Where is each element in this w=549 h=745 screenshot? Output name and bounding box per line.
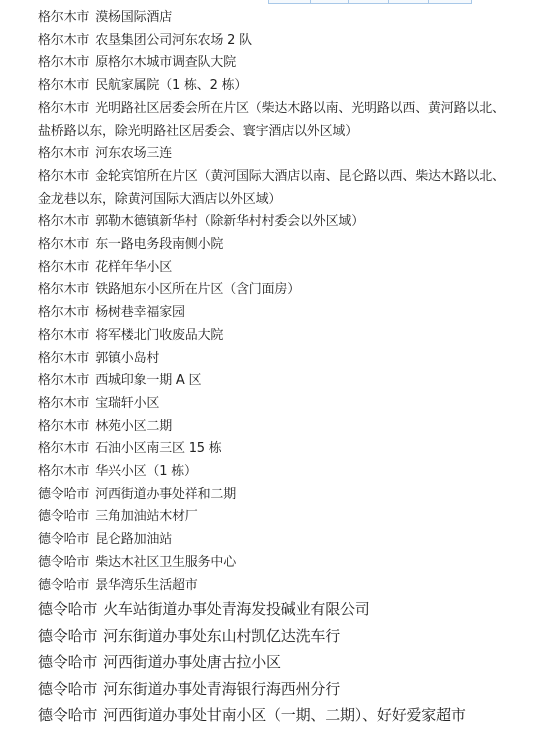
place-name: 花样年华小区 — [95, 260, 172, 275]
list-item: 格尔木市漠杨国际酒店 — [38, 7, 518, 30]
city-name: 格尔木市 — [38, 78, 89, 93]
city-name: 格尔木市 — [38, 214, 89, 229]
place-name: 火车站街道办事处青海发投碱业有限公司 — [103, 600, 369, 618]
city-name: 格尔木市 — [38, 373, 89, 388]
list-item: 格尔木市林苑小区二期 — [38, 416, 518, 439]
city-name: 格尔木市 — [38, 169, 89, 184]
list-item: 格尔木市郭镇小岛村 — [38, 348, 518, 371]
place-name: 景华湾乐生活超市 — [95, 578, 197, 593]
city-name: 格尔木市 — [38, 101, 89, 116]
place-name: 河东街道办事处青海银行海西州分行 — [103, 680, 340, 698]
city-name: 格尔木市 — [38, 55, 89, 70]
list-item: 格尔木市宝瑞轩小区 — [38, 393, 518, 416]
city-name: 格尔木市 — [38, 351, 89, 366]
city-name: 德令哈市 — [38, 627, 97, 645]
city-name: 德令哈市 — [38, 600, 97, 618]
list-item: 格尔木市杨树巷幸福家园 — [38, 302, 518, 325]
city-name: 德令哈市 — [38, 653, 97, 671]
city-name: 德令哈市 — [38, 578, 89, 593]
list-item: 德令哈市柴达木社区卫生服务中心 — [38, 552, 518, 575]
city-name: 格尔木市 — [38, 305, 89, 320]
place-name: 东一路电务段南侧小院 — [95, 237, 223, 252]
city-name: 格尔木市 — [38, 328, 89, 343]
place-name: 漠杨国际酒店 — [95, 10, 172, 25]
list-item: 德令哈市河东街道办事处青海银行海西州分行 — [38, 676, 538, 703]
list-item: 格尔木市原格尔木城市调查队大院 — [38, 52, 518, 75]
table-cell — [389, 0, 429, 3]
list-item: 格尔木市郭勒木德镇新华村（除新华村村委会以外区域） — [38, 211, 518, 234]
city-name: 格尔木市 — [38, 146, 89, 161]
table-cell — [429, 0, 471, 3]
city-name: 格尔木市 — [38, 441, 89, 456]
list-item: 格尔木市金轮宾馆所在片区（黄河国际大酒店以南、昆仑路以西、柴达木路以北、金龙巷以… — [38, 166, 508, 211]
place-name: 河东街道办事处东山村凯亿达洗车行 — [103, 627, 340, 645]
list-item: 格尔木市石油小区南三区 15 栋 — [38, 438, 518, 461]
city-name: 格尔木市 — [38, 464, 89, 479]
place-name: 郭镇小岛村 — [95, 351, 159, 366]
list-item: 德令哈市三角加油站木材厂 — [38, 506, 518, 529]
city-name: 德令哈市 — [38, 706, 97, 724]
place-name: 西城印象一期 A 区 — [95, 373, 201, 388]
place-name: 柴达木社区卫生服务中心 — [95, 555, 236, 570]
place-name: 铁路旭东小区所在片区（含门面房） — [95, 282, 300, 297]
place-name: 杨树巷幸福家园 — [95, 305, 185, 320]
list-item: 格尔木市华兴小区（1 栋） — [38, 461, 518, 484]
list-item: 德令哈市河西街道办事处甘南小区（一期、二期）、好好爱家超市 — [38, 702, 538, 729]
table-cell — [349, 0, 389, 3]
list-item: 德令哈市昆仑路加油站 — [38, 529, 518, 552]
list-item: 格尔木市将军楼北门收废品大院 — [38, 325, 518, 348]
city-name: 格尔木市 — [38, 282, 89, 297]
list-item: 德令哈市河西街道办事处唐古拉小区 — [38, 649, 538, 676]
list-item: 格尔木市农垦集团公司河东农场 2 队 — [38, 30, 518, 53]
place-name: 河东农场三连 — [95, 146, 172, 161]
list-item: 格尔木市铁路旭东小区所在片区（含门面房） — [38, 279, 518, 302]
place-name: 原格尔木城市调查队大院 — [95, 55, 236, 70]
place-name: 三角加油站木材厂 — [95, 509, 197, 524]
city-name: 德令哈市 — [38, 532, 89, 547]
place-name: 石油小区南三区 15 栋 — [95, 441, 221, 456]
location-list: 格尔木市漠杨国际酒店 格尔木市农垦集团公司河东农场 2 队 格尔木市原格尔木城市… — [38, 7, 518, 597]
place-name: 光明路社区居委会所在片区（柴达木路以南、光明路以西、黄河路以北、盐桥路以东，除光… — [38, 101, 505, 139]
place-name: 林苑小区二期 — [95, 419, 172, 434]
city-name: 格尔木市 — [38, 10, 89, 25]
place-name: 将军楼北门收废品大院 — [95, 328, 223, 343]
location-list-large: 德令哈市火车站街道办事处青海发投碱业有限公司 德令哈市河东街道办事处东山村凯亿达… — [38, 596, 538, 729]
place-name: 河西街道办事处唐古拉小区 — [103, 653, 281, 671]
place-name: 郭勒木德镇新华村（除新华村村委会以外区域） — [95, 214, 364, 229]
place-name: 华兴小区（1 栋） — [95, 464, 197, 479]
place-name: 农垦集团公司河东农场 2 队 — [95, 33, 252, 48]
table-cell — [311, 0, 349, 3]
list-item: 格尔木市花样年华小区 — [38, 257, 518, 280]
city-name: 德令哈市 — [38, 555, 89, 570]
city-name: 德令哈市 — [38, 680, 97, 698]
list-item: 格尔木市民航家属院（1 栋、2 栋） — [38, 75, 518, 98]
list-item: 格尔木市光明路社区居委会所在片区（柴达木路以南、光明路以西、黄河路以北、盐桥路以… — [38, 98, 508, 143]
list-item: 德令哈市火车站街道办事处青海发投碱业有限公司 — [38, 596, 538, 623]
place-name: 金轮宾馆所在片区（黄河国际大酒店以南、昆仑路以西、柴达木路以北、金龙巷以东，除黄… — [38, 169, 505, 207]
place-name: 民航家属院（1 栋、2 栋） — [95, 78, 247, 93]
list-item: 格尔木市西城印象一期 A 区 — [38, 370, 518, 393]
city-name: 格尔木市 — [38, 33, 89, 48]
place-name: 昆仑路加油站 — [95, 532, 172, 547]
place-name: 宝瑞轩小区 — [95, 396, 159, 411]
city-name: 德令哈市 — [38, 509, 89, 524]
city-name: 格尔木市 — [38, 419, 89, 434]
list-item: 格尔木市东一路电务段南侧小院 — [38, 234, 518, 257]
city-name: 格尔木市 — [38, 237, 89, 252]
table-cell — [269, 0, 311, 3]
place-name: 河西街道办事处甘南小区（一期、二期）、好好爱家超市 — [103, 706, 466, 724]
city-name: 格尔木市 — [38, 396, 89, 411]
place-name: 河西街道办事处祥和二期 — [95, 487, 236, 502]
city-name: 德令哈市 — [38, 487, 89, 502]
table-fragment — [268, 0, 472, 4]
list-item: 德令哈市河东街道办事处东山村凯亿达洗车行 — [38, 623, 538, 650]
city-name: 格尔木市 — [38, 260, 89, 275]
list-item: 德令哈市景华湾乐生活超市 — [38, 575, 518, 598]
list-item: 格尔木市河东农场三连 — [38, 143, 518, 166]
list-item: 德令哈市河西街道办事处祥和二期 — [38, 484, 518, 507]
